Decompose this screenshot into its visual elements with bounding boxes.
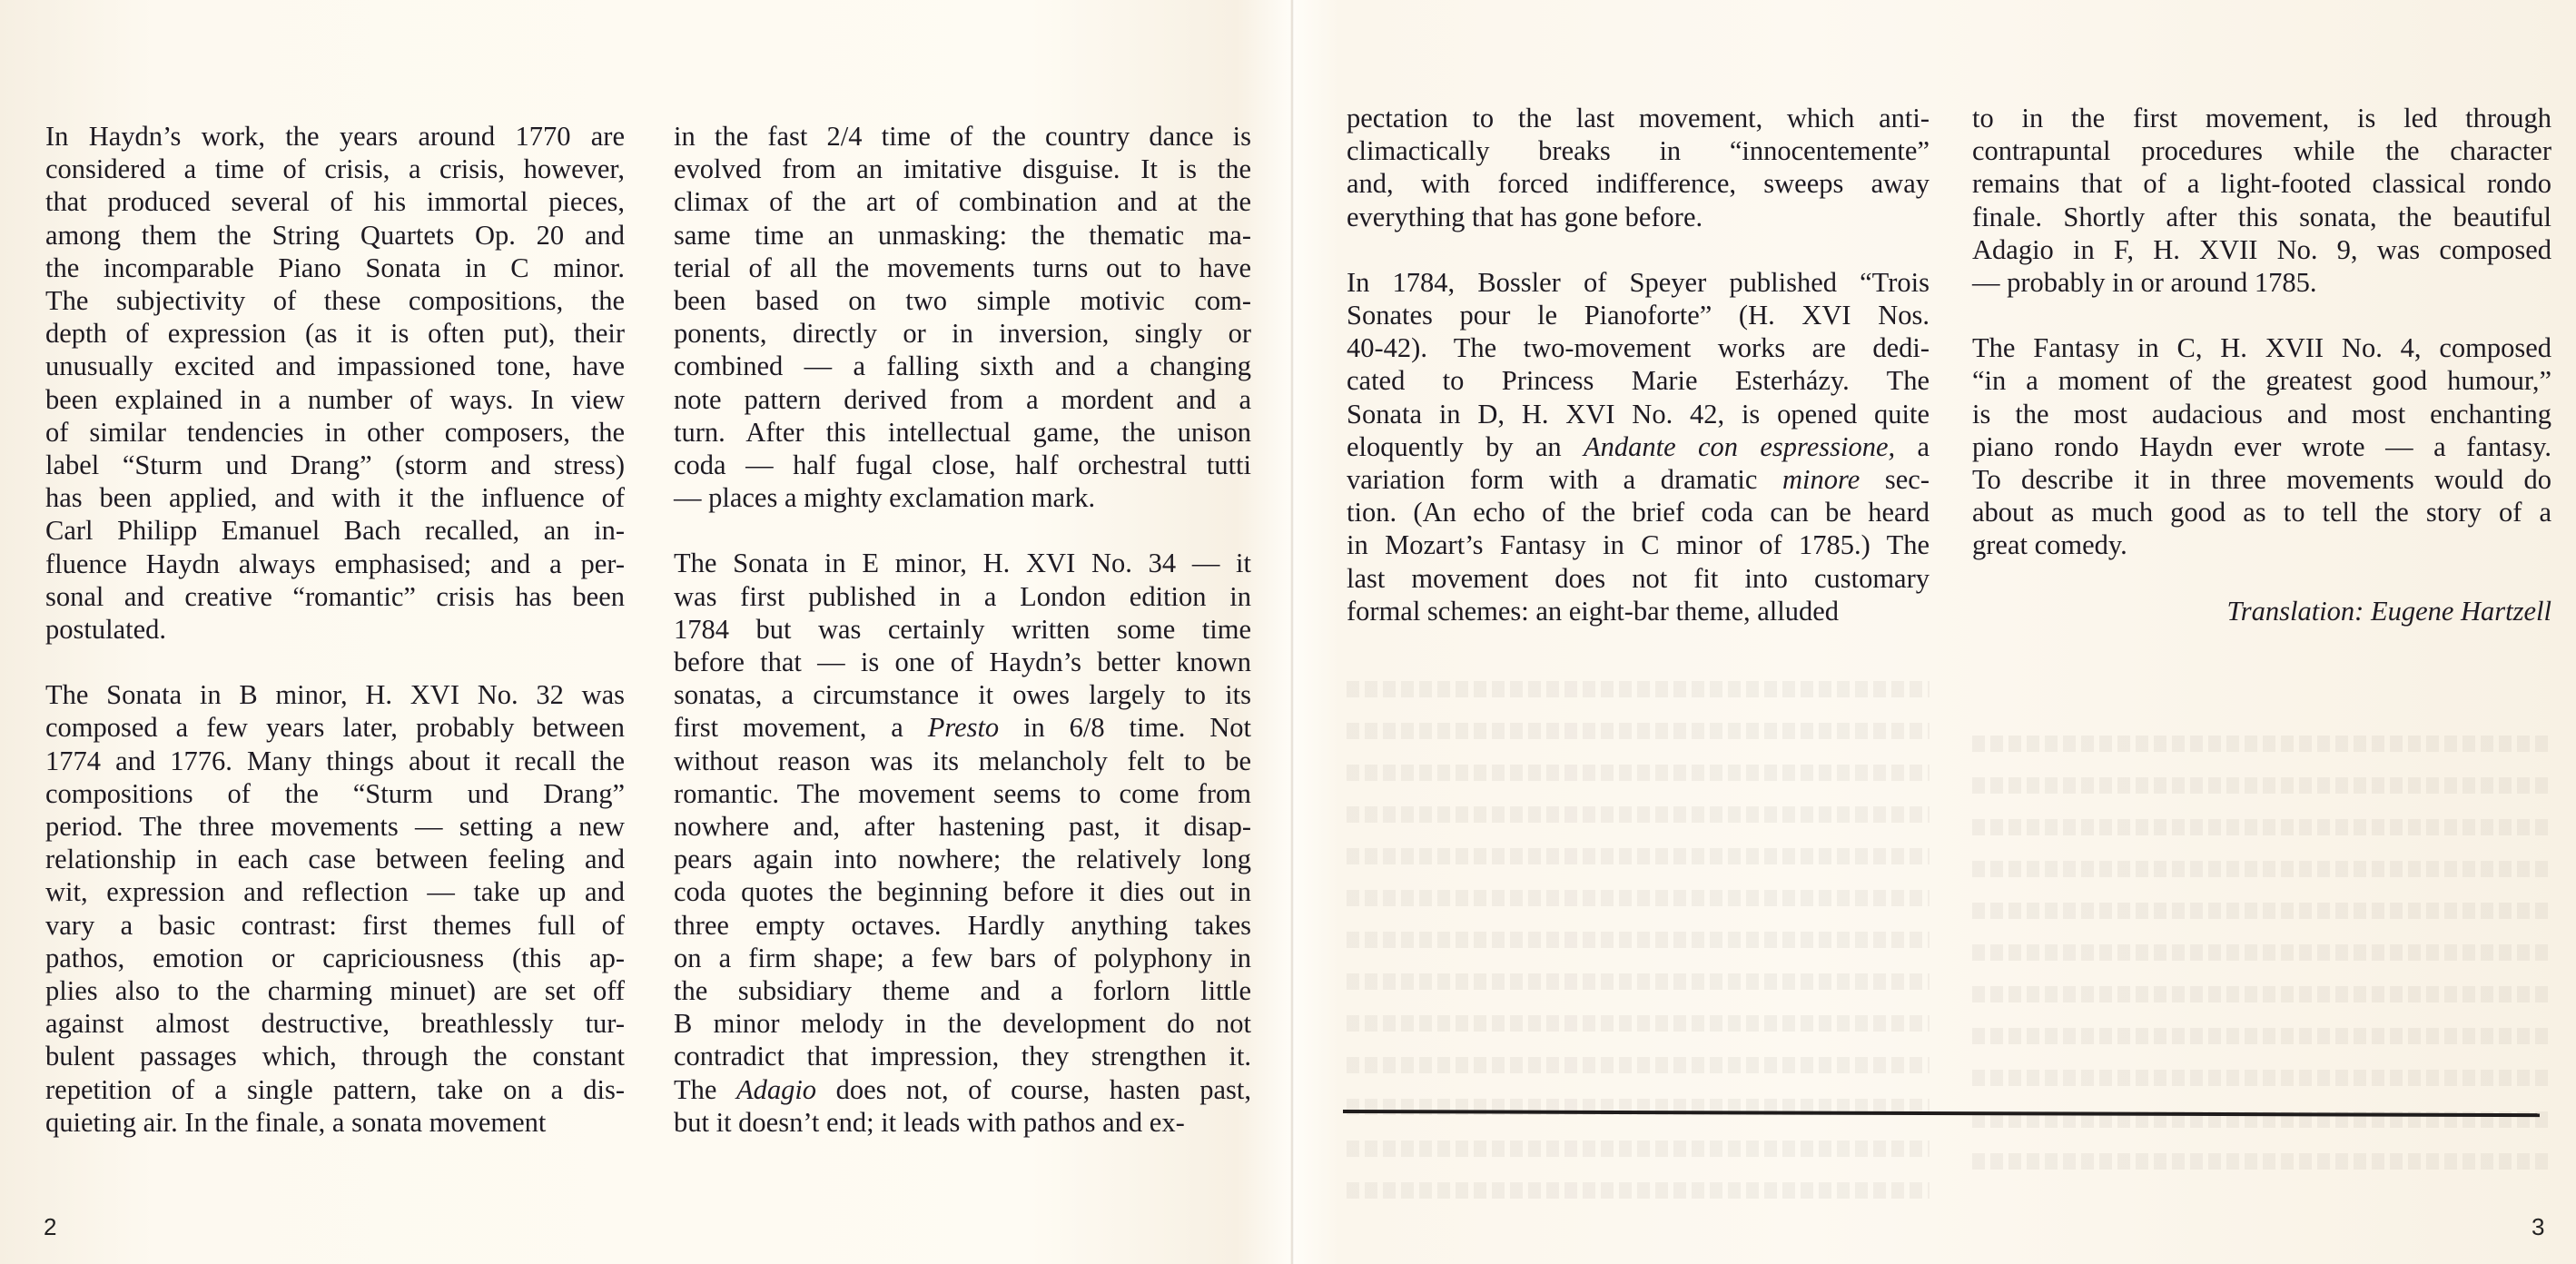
text-line: relationship in each case between feelin… <box>45 843 625 875</box>
italic-term: Andante con espressione, <box>1584 431 1895 462</box>
text-line: wit, expression and reflection — take up… <box>45 875 625 908</box>
text-line: the subsidiary theme and a forlorn littl… <box>674 974 1251 1007</box>
text-line: on a firm shape; a few bars of polyphony… <box>674 942 1251 974</box>
text-column-2: in the fast 2/4 time of the country danc… <box>674 120 1251 1139</box>
text-line: been based on two simple motivic com- <box>674 284 1251 317</box>
page-number-left: 2 <box>44 1213 56 1241</box>
text-line: eloquently by an Andante con espressione… <box>1347 430 1930 463</box>
text-line: period. The three movements — setting a … <box>45 810 625 843</box>
text-line: has been applied, and with it the influe… <box>45 481 625 514</box>
paragraph: In Haydn’s work, the years around 1770 a… <box>45 120 625 646</box>
translation-credit: Translation: Eugene Hartzell <box>1972 595 2551 627</box>
text-line: three empty octaves. Hardly anything tak… <box>674 909 1251 942</box>
text-line: been explained in a number of ways. In v… <box>45 383 625 416</box>
text-line: — places a mighty exclamation mark. <box>674 481 1251 514</box>
text-line: considered a time of crisis, a crisis, h… <box>45 153 625 185</box>
text-line: same time an unmasking: the thematic ma- <box>674 219 1251 252</box>
text-line: depth of expression (as it is often put)… <box>45 317 625 350</box>
text-line: in Mozart’s Fantasy in C minor of 1785.)… <box>1347 528 1930 561</box>
text-line: bulent passages which, through the const… <box>45 1040 625 1072</box>
paragraph: in the fast 2/4 time of the country danc… <box>674 120 1251 514</box>
text-line: label “Sturm und Drang” (storm and stres… <box>45 449 625 481</box>
text-line: climax of the art of combination and at … <box>674 185 1251 218</box>
paragraph: pectation to the last movement, which an… <box>1347 102 1930 233</box>
left-page: In Haydn’s work, the years around 1770 a… <box>0 0 1290 1264</box>
text-line: sonatas, a circumstance it owes largely … <box>674 678 1251 711</box>
paragraph: The Sonata in B minor, H. XVI No. 32 was… <box>45 678 625 1139</box>
text-line: before that — is one of Haydn’s better k… <box>674 646 1251 678</box>
text-line: note pattern derived from a mordent and … <box>674 383 1251 416</box>
text-line: ponents, directly or in inversion, singl… <box>674 317 1251 350</box>
text-line: contradict that impression, they strengt… <box>674 1040 1251 1072</box>
paragraph: to in the first movement, is led through… <box>1972 102 2551 299</box>
paragraph: In 1784, Bossler of Speyer published “Tr… <box>1347 266 1930 627</box>
text-line: against almost destructive, breathlessly… <box>45 1007 625 1040</box>
text-line: about as much good as to tell the story … <box>1972 496 2551 528</box>
text-line: Carl Philipp Emanuel Bach recalled, an i… <box>45 514 625 547</box>
text-line: among them the String Quartets Op. 20 an… <box>45 219 625 252</box>
text-line: sonal and creative “romantic” crisis has… <box>45 580 625 613</box>
text-line: cated to Princess Marie Esterházy. The <box>1347 364 1930 397</box>
text-line: vary a basic contrast: first themes full… <box>45 909 625 942</box>
text-line: Sonates pour le Pianoforte” (H. XVI Nos. <box>1347 299 1930 331</box>
text-line: in the fast 2/4 time of the country danc… <box>674 120 1251 153</box>
bleed-through-text-column-3 <box>1347 672 1930 1215</box>
text-column-3: pectation to the last movement, which an… <box>1347 102 1930 627</box>
text-line: The subjectivity of these compositions, … <box>45 284 625 317</box>
italic-term: Presto <box>928 712 1000 743</box>
text-line: that produced several of his immortal pi… <box>45 185 625 218</box>
text-line: was first published in a London edition … <box>674 580 1251 613</box>
text-line: climactically breaks in “innocentemente” <box>1347 134 1930 167</box>
text-line: first movement, a Presto in 6/8 time. No… <box>674 711 1251 744</box>
text-line: coda quotes the beginning before it dies… <box>674 875 1251 908</box>
text-line: combined — a falling sixth and a changin… <box>674 350 1251 382</box>
text-line: unusually excited and impassioned tone, … <box>45 350 625 382</box>
paragraph: The Fantasy in C, H. XVII No. 4, compose… <box>1972 331 2551 561</box>
text-line: composed a few years later, probably bet… <box>45 711 625 744</box>
text-line: without reason was its melancholy felt t… <box>674 745 1251 777</box>
text-line: terial of all the movements turns out to… <box>674 252 1251 284</box>
right-page: pectation to the last movement, which an… <box>1294 0 2576 1264</box>
text-line: compositions of the “Sturm und Drang” <box>45 777 625 810</box>
paragraph: The Sonata in E minor, H. XVI No. 34 — i… <box>674 547 1251 1139</box>
text-line: everything that has gone before. <box>1347 201 1930 233</box>
text-line: formal schemes: an eight-bar theme, allu… <box>1347 595 1930 627</box>
text-line: to in the first movement, is led through <box>1972 102 2551 134</box>
text-line: 1784 but was certainly written some time <box>674 613 1251 646</box>
text-line: pectation to the last movement, which an… <box>1347 102 1930 134</box>
italic-term: Adagio <box>736 1074 816 1105</box>
text-column-1: In Haydn’s work, the years around 1770 a… <box>45 120 625 1139</box>
text-line: finale. Shortly after this sonata, the b… <box>1972 201 2551 233</box>
text-line: but it doesn’t end; it leads with pathos… <box>674 1106 1251 1139</box>
text-line: To describe it in three movements would … <box>1972 463 2551 496</box>
text-line: remains that of a light-footed classical… <box>1972 167 2551 200</box>
booklet-spread: In Haydn’s work, the years around 1770 a… <box>0 0 2576 1264</box>
text-line: the incomparable Piano Sonata in C minor… <box>45 252 625 284</box>
text-line: repetition of a single pattern, take on … <box>45 1073 625 1106</box>
text-line: quieting air. In the finale, a sonata mo… <box>45 1106 625 1139</box>
text-line: In Haydn’s work, the years around 1770 a… <box>45 120 625 153</box>
text-line: great comedy. <box>1972 528 2551 561</box>
text-line: pears again into nowhere; the relatively… <box>674 843 1251 875</box>
text-line: “in a moment of the greatest good humour… <box>1972 364 2551 397</box>
text-line: — probably in or around 1785. <box>1972 266 2551 299</box>
text-line: evolved from an imitative disguise. It i… <box>674 153 1251 185</box>
text-line: of similar tendencies in other composers… <box>45 416 625 449</box>
text-line: piano rondo Haydn ever wrote — a fantasy… <box>1972 430 2551 463</box>
text-line: B minor melody in the development do not <box>674 1007 1251 1040</box>
text-line: coda — half fugal close, half orchestral… <box>674 449 1251 481</box>
text-line: is the most audacious and most enchantin… <box>1972 398 2551 430</box>
text-line: tion. (An echo of the brief coda can be … <box>1347 496 1930 528</box>
text-column-4: to in the first movement, is led through… <box>1972 102 2551 627</box>
text-line: and, with forced indifference, sweeps aw… <box>1347 167 1930 200</box>
text-line: turn. After this intellectual game, the … <box>674 416 1251 449</box>
text-line: contrapuntal procedures while the charac… <box>1972 134 2551 167</box>
text-line: The Fantasy in C, H. XVII No. 4, compose… <box>1972 331 2551 364</box>
text-line: The Sonata in B minor, H. XVI No. 32 was <box>45 678 625 711</box>
text-line: last movement does not fit into customar… <box>1347 562 1930 595</box>
text-line: 40-42). The two-movement works are dedi- <box>1347 331 1930 364</box>
text-line: plies also to the charming minuet) are s… <box>45 974 625 1007</box>
text-line: The Adagio does not, of course, hasten p… <box>674 1073 1251 1106</box>
text-line: The Sonata in E minor, H. XVI No. 34 — i… <box>674 547 1251 579</box>
page-number-right: 3 <box>2532 1213 2544 1241</box>
text-line: Sonata in D, H. XVI No. 42, is opened qu… <box>1347 398 1930 430</box>
text-line: pathos, emotion or capriciousness (this … <box>45 942 625 974</box>
bleed-through-text-column-4 <box>1972 726 2551 1186</box>
text-line: fluence Haydn always emphasised; and a p… <box>45 548 625 580</box>
text-line: postulated. <box>45 613 625 646</box>
italic-term: minore <box>1782 464 1860 495</box>
text-line: In 1784, Bossler of Speyer published “Tr… <box>1347 266 1930 299</box>
text-line: 1774 and 1776. Many things about it reca… <box>45 745 625 777</box>
text-line: romantic. The movement seems to come fro… <box>674 777 1251 810</box>
text-line: nowhere and, after hastening past, it di… <box>674 810 1251 843</box>
text-line: Adagio in F, H. XVII No. 9, was composed <box>1972 233 2551 266</box>
text-line: variation form with a dramatic minore se… <box>1347 463 1930 496</box>
